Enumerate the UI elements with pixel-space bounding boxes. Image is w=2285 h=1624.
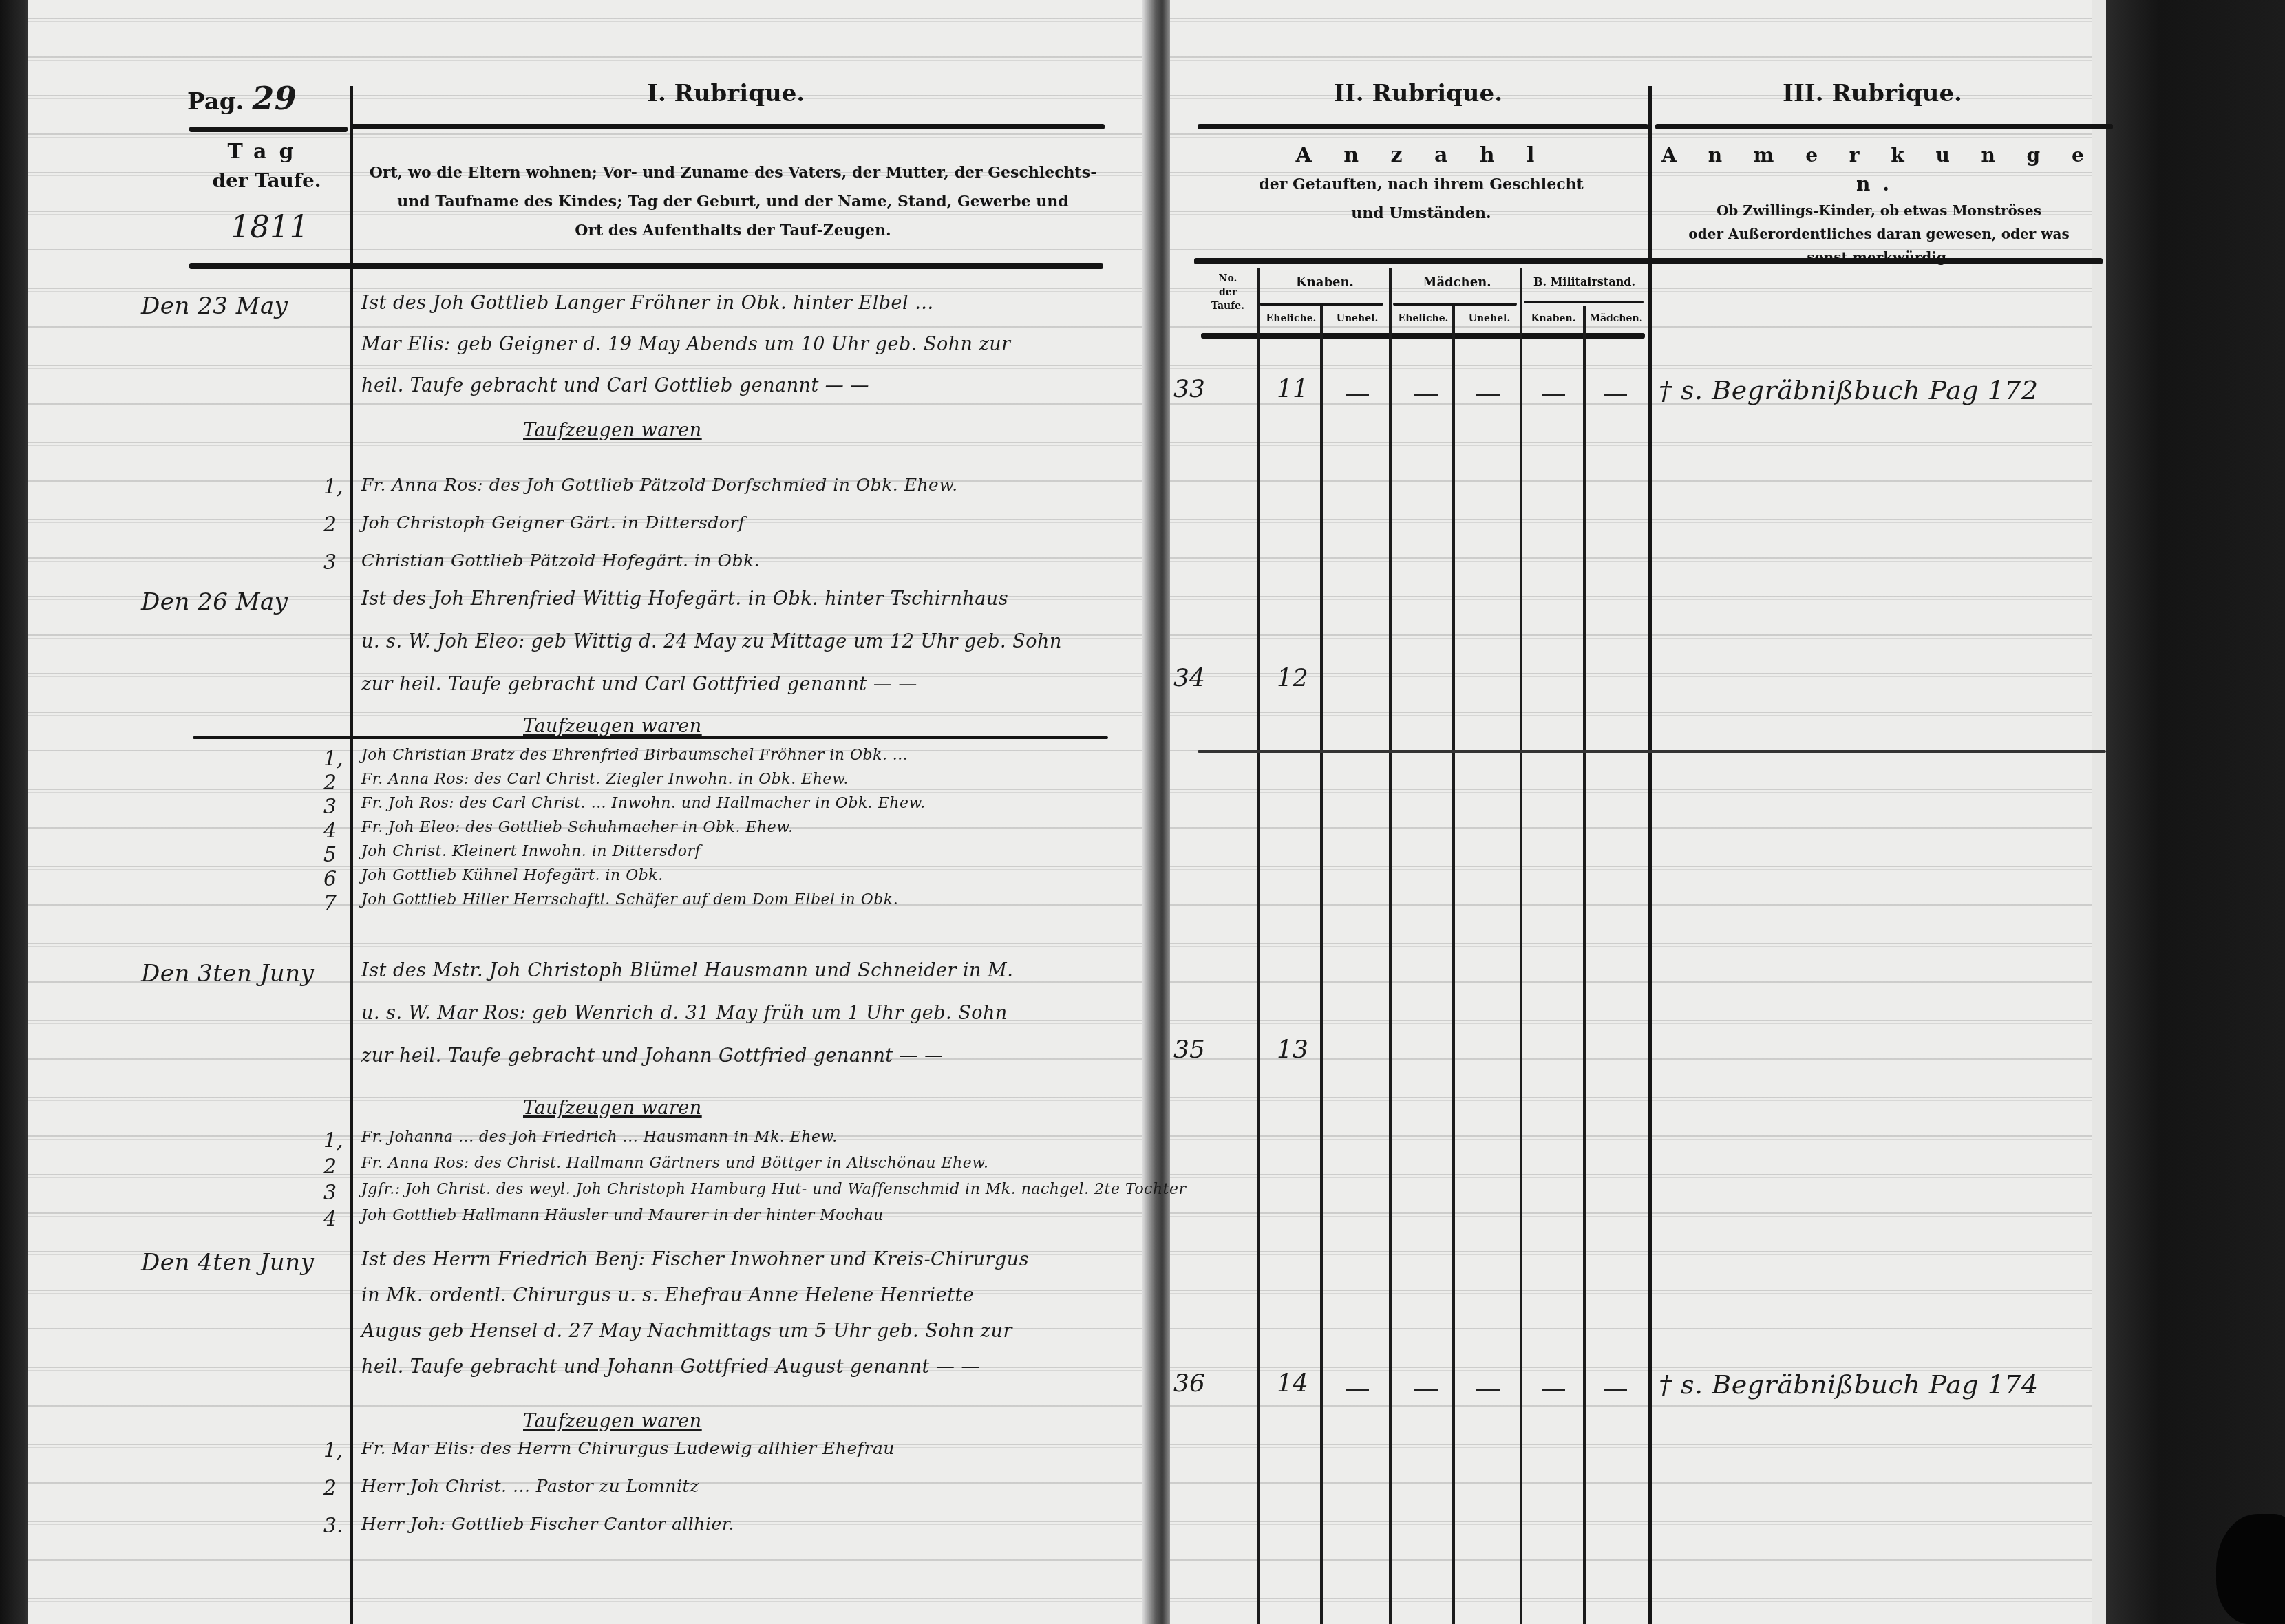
header-bottom-rule: [1194, 258, 2103, 264]
page-label-text: Pag.: [187, 88, 244, 116]
maedchen-ehelich-header: Eheliche.: [1392, 313, 1455, 324]
witness-number: 4: [323, 1207, 337, 1231]
witness-line: Fr. Anna Ros: des Joh Gottlieb Pätzold D…: [361, 475, 958, 495]
column-divider: [1320, 306, 1323, 1624]
empty-count-dash: [1346, 394, 1369, 396]
witness-line: Fr. Johanna ... des Joh Friedrich ... Ha…: [361, 1129, 838, 1146]
witness-number: 2: [323, 513, 337, 537]
empty-count-dash: [1346, 1389, 1369, 1391]
empty-count-dash: [1542, 394, 1565, 396]
page-label: Pag. 29: [187, 80, 297, 117]
rubric-2-description: A n z a h l der Getauften, nach ihrem Ge…: [1198, 141, 1645, 228]
witness-line: Fr. Joh Eleo: des Gottlieb Schuhmacher i…: [361, 819, 793, 836]
witness-heading: Taufzeugen waren: [523, 1411, 702, 1432]
empty-count-dash: [1414, 394, 1438, 396]
witness-number: 1,: [323, 1129, 343, 1153]
entry-line: Mar Elis: geb Geigner d. 19 May Abends u…: [361, 334, 1011, 355]
entry-date: Den 4ten Juny: [141, 1249, 314, 1276]
witness-number: 2: [323, 1476, 337, 1500]
page-number: 29: [252, 80, 297, 117]
rubric-1-desc-line: und Taufname des Kindes; Tag der Geburt,…: [358, 187, 1108, 216]
witness-number: 4: [323, 819, 337, 843]
witness-number: 3: [323, 1181, 337, 1205]
empty-count-dash: [1604, 1389, 1627, 1391]
rubric-2-desc-line: der Getauften, nach ihrem Geschlecht: [1198, 170, 1645, 199]
witness-number: 7: [323, 891, 337, 915]
empty-count-dash: [1476, 1389, 1500, 1391]
header-rule: [189, 127, 348, 132]
empty-count-dash: [1542, 1389, 1565, 1391]
date-header-line-2: der Taufe.: [189, 167, 344, 195]
witness-line: Joh Gottlieb Kühnel Hofegärt. in Obk.: [361, 867, 663, 884]
empty-count-dash: [1476, 394, 1500, 396]
witness-number: 3.: [323, 1514, 343, 1538]
witness-line: Herr Joh Christ. ... Pastor zu Lomnitz: [361, 1476, 699, 1496]
witness-number: 6: [323, 867, 337, 891]
rubric-3-desc-line: Ob Zwillings-Kinder, ob etwas Monströses: [1655, 199, 2103, 222]
book-binding-right: [2106, 0, 2285, 1624]
witness-line: Fr. Anna Ros: des Christ. Hallmann Gärtn…: [361, 1155, 988, 1172]
witness-line: Herr Joh: Gottlieb Fischer Cantor allhie…: [361, 1514, 734, 1534]
witness-line: Jgfr.: Joh Christ. des weyl. Joh Christo…: [361, 1181, 1187, 1198]
maedchen-group-header: Mädchen.: [1392, 275, 1522, 290]
entry-line: Ist des Joh Gottlieb Langer Fröhner in O…: [361, 292, 934, 314]
witness-line: Fr. Anna Ros: des Carl Christ. Ziegler I…: [361, 771, 849, 788]
witness-line: Joh Christ. Kleinert Inwohn. in Dittersd…: [361, 843, 701, 860]
witness-line: Joh Gottlieb Hallmann Häusler und Maurer…: [361, 1207, 884, 1224]
entry-date: Den 23 May: [141, 292, 288, 320]
rubric-2-title: II. Rubrique.: [1334, 80, 1502, 107]
column-divider: [1520, 268, 1522, 1624]
count-header-bottom-rule: [1201, 333, 1645, 339]
rubric-3-title: III. Rubrique.: [1783, 80, 1962, 107]
militair-knaben-header: Knaben.: [1522, 313, 1584, 324]
witness-line: Joh Gottlieb Hiller Herrschaftl. Schäfer…: [361, 891, 898, 908]
rubric-3-description: A n m e r k u n g e n. Ob Zwillings-Kind…: [1655, 141, 2103, 269]
sub-rule: [1260, 303, 1383, 306]
witness-heading: Taufzeugen waren: [523, 420, 702, 441]
rubric-3-desc-line: A n m e r k u n g e n.: [1655, 141, 2103, 199]
rubric-1-desc-line: Ort des Aufenthalts der Tauf-Zeugen.: [358, 216, 1108, 245]
remarks-column-divider: [1648, 86, 1652, 1624]
rubric-3-desc-line: sonst merkwürdig.: [1655, 246, 2103, 269]
witness-number: 3: [323, 795, 337, 819]
header-rule: [351, 124, 1105, 129]
entry-line: zur heil. Taufe gebracht und Carl Gottfr…: [361, 674, 917, 695]
witness-number: 3: [323, 551, 337, 575]
taufe-number: 33: [1173, 375, 1205, 403]
entry-line: heil. Taufe gebracht und Johann Gottfrie…: [361, 1356, 980, 1378]
knaben-ehelich-header: Eheliche.: [1260, 313, 1323, 324]
entry-line: Ist des Mstr. Joh Christoph Blümel Hausm…: [361, 960, 1013, 981]
no-header-line: der: [1198, 286, 1258, 299]
taufe-number: 36: [1173, 1369, 1205, 1398]
year: 1811: [231, 210, 309, 245]
header-bottom-rule: [189, 263, 1103, 269]
knaben-ehelich-count: 12: [1277, 664, 1308, 692]
no-der-taufe-header: No. der Taufe.: [1198, 272, 1258, 313]
knaben-ehelich-count: 11: [1277, 375, 1308, 403]
rubric-3-desc-line: oder Außerordentliches daran gewesen, od…: [1655, 222, 2103, 246]
knaben-unehel-header: Unehel.: [1324, 313, 1390, 324]
entry-line: zur heil. Taufe gebracht und Johann Gott…: [361, 1045, 944, 1067]
taufe-number: 34: [1173, 664, 1205, 692]
entry-line: in Mk. ordentl. Chirurgus u. s. Ehefrau …: [361, 1285, 974, 1306]
witness-heading: Taufzeugen waren: [523, 1098, 702, 1119]
entry-line: Ist des Joh Ehrenfried Wittig Hofegärt. …: [361, 588, 1008, 610]
empty-count-dash: [1414, 1389, 1438, 1391]
entry-line: Ist des Herrn Friedrich Benj: Fischer In…: [361, 1249, 1029, 1270]
column-divider: [1257, 268, 1260, 1624]
witness-number: 1,: [323, 475, 343, 499]
witness-line: Fr. Joh Ros: des Carl Christ. ... Inwohn…: [361, 795, 926, 812]
header-rule: [1198, 124, 1648, 129]
burial-book-remark: † s. Begräbnißbuch Pag 174: [1659, 1369, 2039, 1400]
rubric-1-title: I. Rubrique.: [647, 80, 805, 107]
entry-separator: [1198, 750, 2106, 753]
column-divider: [1583, 306, 1586, 1624]
rubric-2-desc-line: A n z a h l: [1198, 141, 1645, 170]
sub-rule: [1524, 301, 1644, 303]
witness-line: Christian Gottlieb Pätzold Hofegärt. in …: [361, 551, 760, 570]
militairstand-group-header: B. Militairstand.: [1522, 275, 1646, 288]
entry-date: Den 26 May: [141, 588, 288, 616]
taufe-number: 35: [1173, 1036, 1205, 1064]
witness-number: 2: [323, 771, 337, 795]
witness-line: Joh Christian Bratz des Ehrenfried Birba…: [361, 747, 908, 764]
knaben-group-header: Knaben.: [1260, 275, 1390, 290]
knaben-ehelich-count: 13: [1277, 1036, 1308, 1064]
witness-number: 2: [323, 1155, 337, 1179]
header-rule: [1655, 124, 2113, 129]
militair-maedchen-header: Mädchen.: [1586, 313, 1646, 324]
entry-line: heil. Taufe gebracht und Carl Gottlieb g…: [361, 375, 869, 396]
knaben-ehelich-count: 14: [1277, 1369, 1308, 1398]
sub-rule: [1393, 303, 1517, 306]
no-header-line: Taufe.: [1198, 299, 1258, 313]
entry-line: u. s. W. Mar Ros: geb Wenrich d. 31 May …: [361, 1003, 1008, 1024]
burial-book-remark: † s. Begräbnißbuch Pag 172: [1659, 375, 2039, 405]
witness-number: 1,: [323, 1438, 343, 1462]
witness-number: 5: [323, 843, 337, 867]
entry-line: u. s. W. Joh Eleo: geb Wittig d. 24 May …: [361, 631, 1062, 652]
witness-line: Fr. Mar Elis: des Herrn Chirurgus Ludewi…: [361, 1438, 895, 1458]
column-divider: [1389, 268, 1392, 1624]
witness-number: 1,: [323, 747, 343, 771]
date-column-divider: [350, 86, 353, 1624]
column-divider: [1452, 306, 1455, 1624]
no-header-line: No.: [1198, 272, 1258, 286]
entry-date: Den 3ten Juny: [141, 960, 314, 987]
date-column-header: Tag der Taufe.: [189, 138, 344, 195]
maedchen-unehel-header: Unehel.: [1456, 313, 1522, 324]
witness-line: Joh Christoph Geigner Gärt. in Dittersdo…: [361, 513, 745, 533]
rubric-1-description: Ort, wo die Eltern wohnen; Vor- und Zuna…: [358, 158, 1108, 245]
date-header-line-1: Tag: [189, 138, 344, 167]
witness-heading: Taufzeugen waren: [523, 716, 702, 737]
empty-count-dash: [1604, 394, 1627, 396]
rubric-1-desc-line: Ort, wo die Eltern wohnen; Vor- und Zuna…: [358, 158, 1108, 187]
entry-line: Augus geb Hensel d. 27 May Nachmittags u…: [361, 1321, 1012, 1342]
rubric-2-desc-line: und Umständen.: [1198, 199, 1645, 228]
